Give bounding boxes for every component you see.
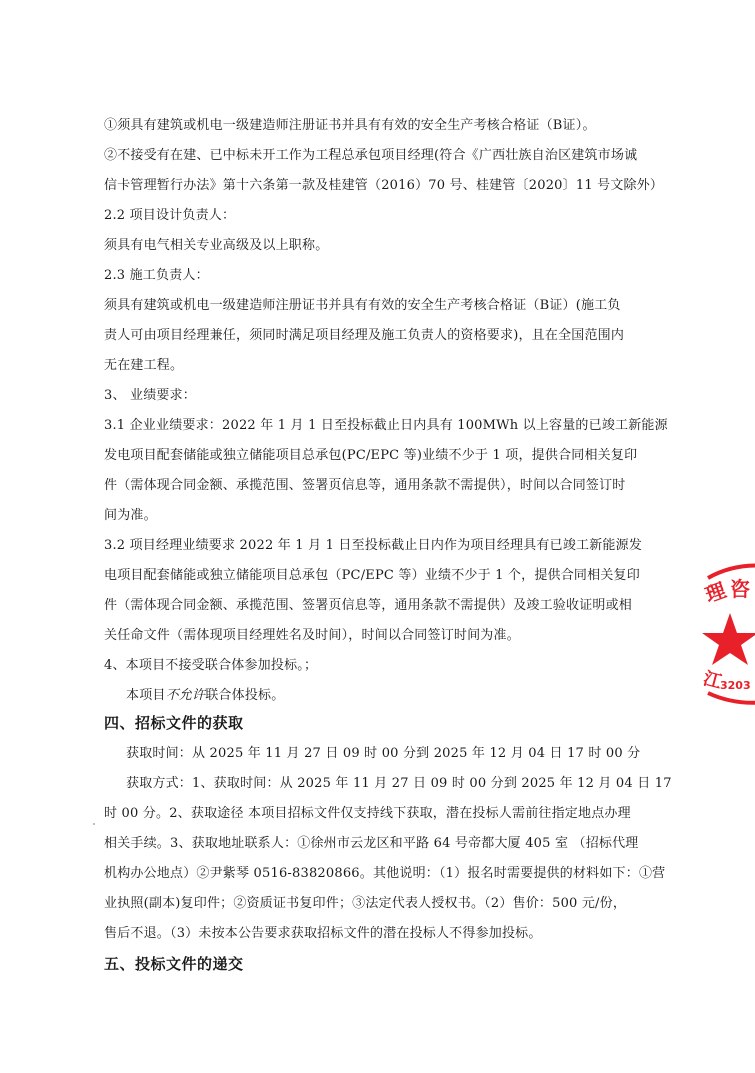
- consortium-note-prefix: 本项目: [126, 688, 166, 703]
- company-performance-3: 件（需体现合同金额、承揽范围、签署页信息等，通用条款不需提供），时间以合同签订时: [104, 477, 626, 495]
- svg-text:3203: 3203: [720, 679, 751, 692]
- construction-lead-req-1: 须具有建筑或机电一级建造师注册证书并具有有效的安全生产考核合格证（B证）(施工负: [104, 297, 621, 315]
- section-4-heading: 四、招标文件的获取: [104, 714, 244, 732]
- consortium-note-suffix: 联合体投标。: [205, 688, 284, 703]
- requirement-pm-cert: ①须具有建筑或机电一级建造师注册证书并具有有效的安全生产考核合格证（B证）。: [104, 117, 596, 135]
- scan-speck: [93, 823, 95, 825]
- construction-lead-req-2: 责人可由项目经理兼任，须同时满足项目经理及施工负责人的资格要求)，且在全国范围内: [104, 327, 624, 345]
- acquisition-time: 获取时间：从 2025 年 11 月 27 日 09 时 00 分到 2025 …: [126, 745, 640, 763]
- consortium-rule: 4、本项目不接受联合体参加投标。；: [104, 657, 317, 675]
- company-performance-2: 发电项目配套储能或独立储能项目总承包(PC/EPC 等)业绩不少于 1 项，提供…: [104, 447, 637, 465]
- design-lead-requirement: 须具有电气相关专业高级及以上职称。: [104, 237, 328, 255]
- acquisition-method-5: 业执照(副本)复印件；②资质证书复印件；③法定代表人授权书。（2）售价：500 …: [104, 895, 626, 913]
- consortium-note: 本项目不允许联合体投标。: [126, 687, 284, 705]
- acquisition-method-2: 时 00 分。2、获取途径 本项目招标文件仅支持线下获取，潜在投标人需前往指定地…: [104, 805, 631, 823]
- performance-title: 3、 业绩要求：: [104, 387, 196, 405]
- svg-text:咨: 咨: [730, 577, 750, 601]
- construction-lead-title: 2.3 施工负责人：: [104, 267, 209, 285]
- company-performance-1: 3.1 企业业绩要求：2022 年 1 月 1 日至投标截止日内具有 100MW…: [104, 417, 668, 435]
- pm-performance-1: 3.2 项目经理业绩要求 2022 年 1 月 1 日至投标截止日内作为项目经理…: [104, 537, 642, 555]
- pm-performance-2: 电项目配套储能或独立储能项目总承包（PC/EPC 等）业绩不少于 1 个，提供合…: [104, 567, 640, 585]
- pm-performance-3: 件（需体现合同金额、承揽范围、签署页信息等，通用条款不需提供）及竣工验收证明或相: [104, 597, 632, 615]
- section-5-heading: 五、投标文件的递交: [104, 955, 244, 973]
- acquisition-method-4: 机构办公地点）②尹紫琴 0516-83820866。其他说明：（1）报名时需要提…: [104, 865, 665, 883]
- document-page: ①须具有建筑或机电一级建造师注册证书并具有有效的安全生产考核合格证（B证）。 ②…: [0, 0, 755, 1073]
- acquisition-method-3: 相关手续。3、获取地址联系人：①徐州市云龙区和平路 64 号帝都大厦 405 室…: [104, 835, 639, 853]
- acquisition-method-6: 售后不退。（3）未按本公告要求获取招标文件的潜在投标人不得参加投标。: [104, 925, 542, 943]
- design-lead-title: 2.2 项目设计负责人：: [104, 207, 235, 225]
- consortium-note-emphasis: 不允许: [166, 688, 206, 703]
- acquisition-method-1: 获取方式：1、获取时间：从 2025 年 11 月 27 日 09 时 00 分…: [126, 775, 672, 793]
- requirement-pm-no-active: ②不接受有在建、已中标未开工作为工程总承包项目经理(符合《广西壮族自治区建筑市场…: [104, 147, 637, 165]
- requirement-pm-no-active-cont: 信卡管理暂行办法》第十六条第一款及桂建管（2016）70 号、桂建管〔2020〕…: [104, 177, 663, 195]
- svg-text:理: 理: [702, 577, 730, 607]
- seal-icon: 理 咨 江 3203: [700, 558, 755, 713]
- construction-lead-req-3: 无在建工程。: [104, 357, 183, 375]
- company-performance-4: 间为准。: [104, 507, 157, 525]
- company-seal: 理 咨 江 3203: [700, 558, 755, 713]
- pm-performance-4: 关任命文件（需体现项目经理姓名及时间），时间以合同签订时间为准。: [104, 627, 520, 645]
